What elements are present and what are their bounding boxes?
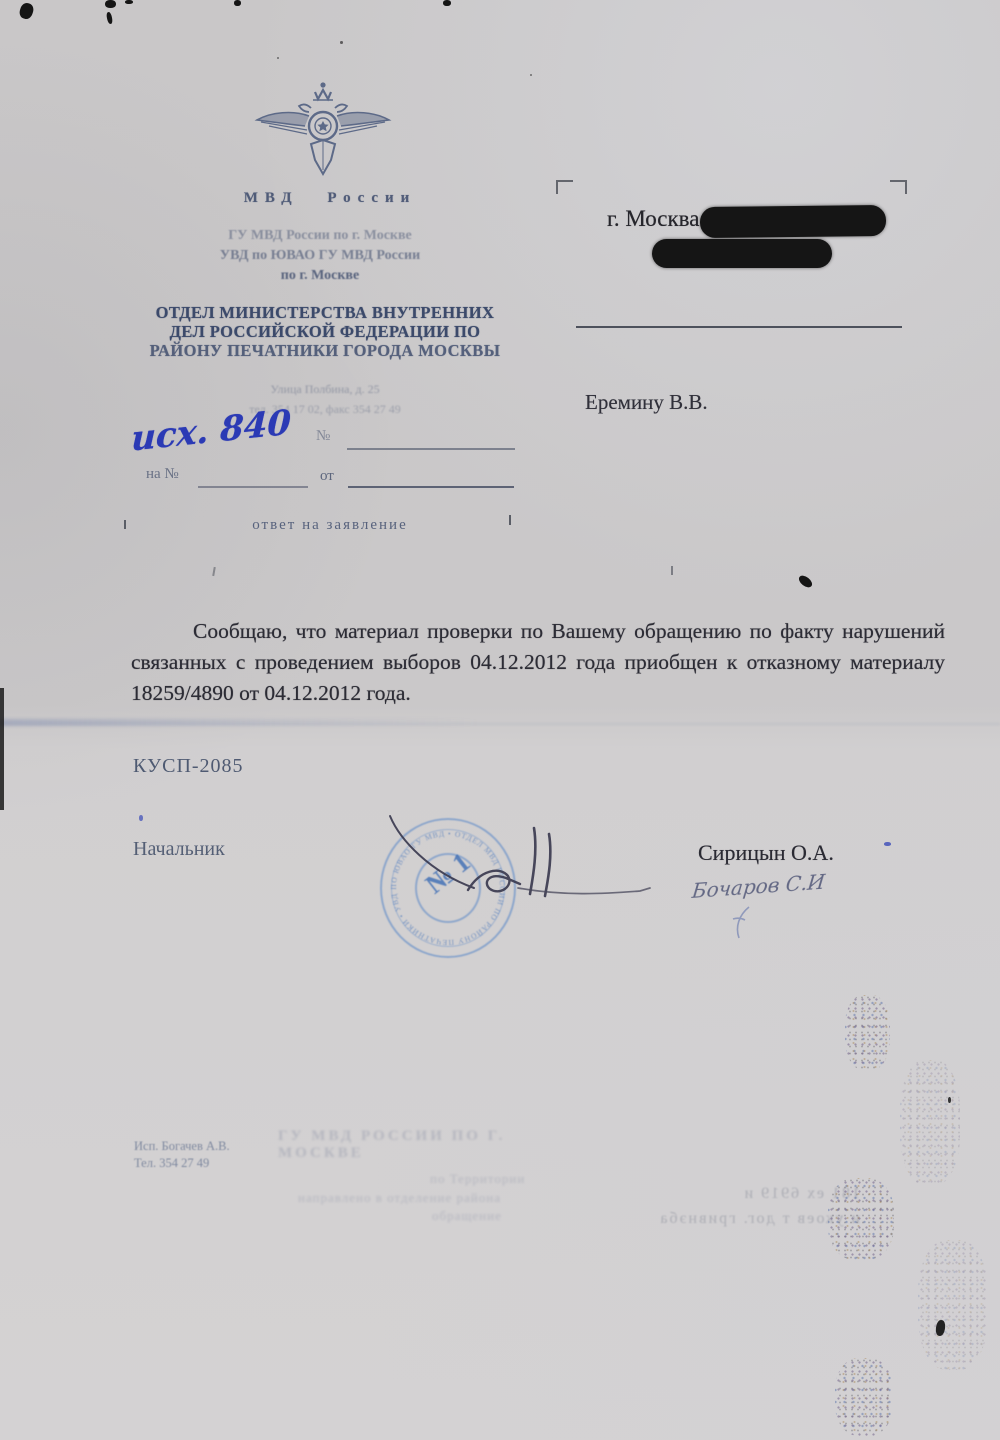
- scan-artifact: [277, 57, 279, 59]
- number-underline: [347, 448, 515, 450]
- mvd-eagle-emblem-icon: [253, 78, 393, 186]
- scanned-letter-page: МВД России ГУ МВД России по г. Москве УВ…: [0, 0, 1000, 1440]
- from-underline: [348, 486, 514, 488]
- kusp-number: КУСП-2085: [133, 755, 244, 778]
- scan-artifact: [948, 1097, 951, 1103]
- scan-artifact: [884, 842, 891, 846]
- address-line-1: Улица Полбина, д. 25: [130, 382, 520, 397]
- number-label: №: [316, 428, 330, 445]
- city-label: г. Москва: [607, 206, 699, 232]
- scan-artifact: [139, 815, 143, 821]
- bleedthrough-text: по Территории: [430, 1171, 525, 1187]
- scan-artifact: [443, 0, 451, 6]
- bleedthrough-text: направлено в отделение района: [298, 1190, 501, 1206]
- bleedthrough-text: обращение: [432, 1208, 502, 1224]
- scan-noise-patch: [918, 1240, 988, 1370]
- body-paragraph: Сообщаю, что материал проверки по Вашему…: [131, 616, 945, 709]
- on-number-label: на №: [146, 466, 179, 483]
- scan-noise-patch: [900, 1060, 960, 1185]
- scan-artifact: [212, 567, 216, 576]
- signer-name: Сирицын О.А.: [698, 840, 834, 866]
- corner-mark-top-left: [556, 180, 573, 194]
- executor-info: Исп. Богачев А.В. Тел. 354 27 49: [134, 1138, 230, 1172]
- scan-artifact: [530, 74, 532, 76]
- scan-artifact: [124, 520, 126, 529]
- scan-edge-sliver: [0, 688, 4, 810]
- org-line-1: ГУ МВД России по г. Москве: [130, 228, 510, 244]
- redaction-bar-2: [652, 239, 832, 268]
- signer-position: Начальник: [133, 838, 225, 861]
- scan-artifact: [671, 566, 673, 575]
- scan-artifact: [797, 573, 814, 589]
- org-name-top: МВД России: [150, 190, 510, 207]
- division-name-line-3: РАЙОНУ ПЕЧАТНИКИ ГОРОДА МОСКВЫ: [130, 342, 520, 360]
- on-number-underline: [198, 486, 308, 488]
- scan-artifact: [509, 515, 511, 525]
- bleedthrough-text: ГУ МВД РОССИИ ПО Г. МОСКВЕ: [278, 1128, 588, 1162]
- handwritten-flourish: [725, 905, 765, 941]
- handwritten-countersignature: Бочаров С.И: [691, 869, 826, 903]
- scan-artifact: [234, 0, 241, 6]
- subject-line: ответ на заявление: [160, 517, 500, 534]
- addressee-name: Еремину В.В.: [585, 390, 708, 415]
- redaction-bar-1: [700, 205, 886, 238]
- org-line-2: УВД по ЮВАО ГУ МВД России: [130, 248, 510, 264]
- from-label: от: [320, 468, 334, 485]
- scan-noise-patch: [828, 1178, 894, 1260]
- scan-artifact: [106, 12, 113, 25]
- scan-artifact: [105, 0, 116, 8]
- division-name-line-2: ДЕЛ РОССИЙСКОЙ ФЕДЕРАЦИИ ПО: [130, 323, 520, 341]
- division-name-line-1: ОТДЕЛ МИНИСТЕРСТВА ВНУТРЕННИХ: [130, 304, 520, 322]
- corner-mark-top-right: [890, 180, 907, 194]
- signature-scribble: [368, 808, 668, 918]
- scan-artifact: [18, 1, 35, 20]
- scan-artifact: [125, 0, 133, 4]
- scan-noise-patch: [835, 1358, 893, 1436]
- org-line-3: по г. Москве: [130, 268, 510, 284]
- scan-noise-patch: [845, 995, 890, 1070]
- scan-artifact: [340, 41, 343, 44]
- bleedthrough-mirrored-text: и укоев т дог. гривнэба: [600, 1210, 860, 1228]
- executor-phone: Тел. 354 27 49: [134, 1155, 230, 1172]
- executor-name: Исп. Богачев А.В.: [134, 1138, 230, 1155]
- recipient-divider-line: [576, 326, 902, 328]
- scan-seam-line: [0, 723, 1000, 725]
